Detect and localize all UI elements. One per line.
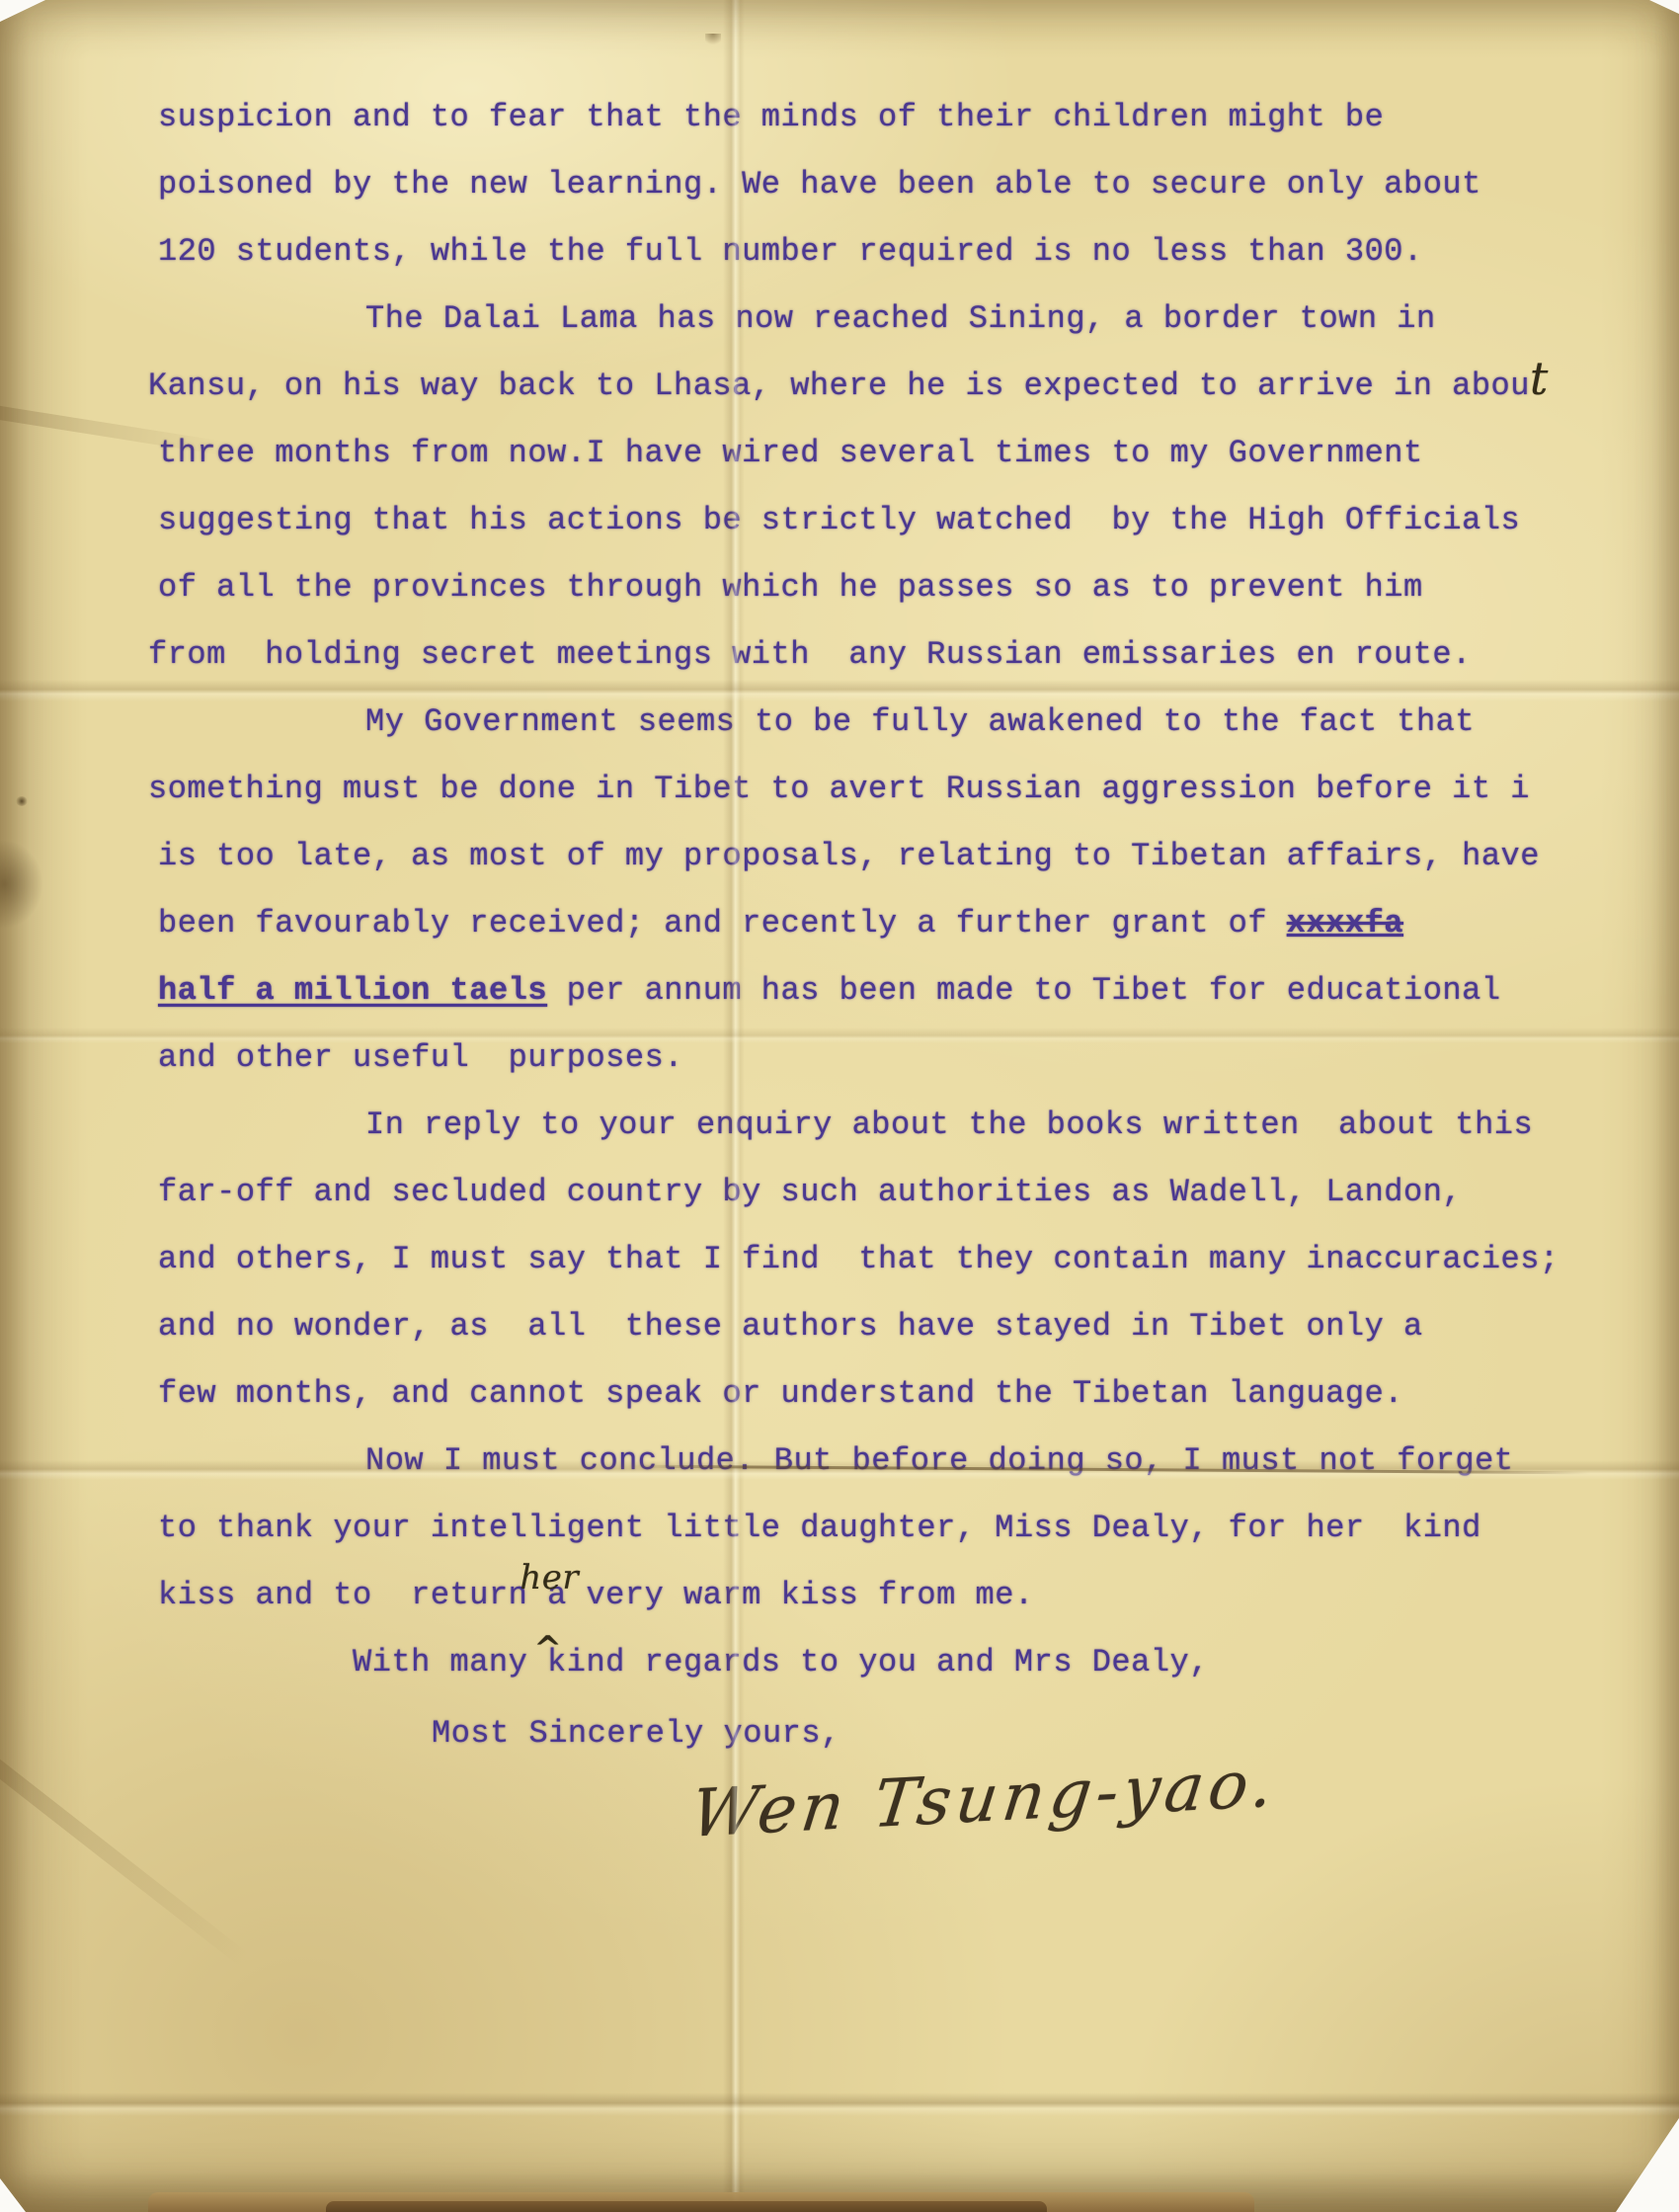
emphasized-phrase: half a million taels [158, 972, 547, 1009]
scan-corner [1649, 0, 1679, 14]
letter-line: Now I must conclude. But before doing so… [365, 1442, 1513, 1479]
typed-text: per annum has been made to Tibet for edu… [547, 972, 1500, 1009]
scan-corner [0, 2178, 26, 2212]
letter-line: My Government seems to be fully awakened… [365, 703, 1475, 740]
letter-line: and other useful purposes. [158, 1039, 683, 1076]
signature: Wen Tsung-yao. [687, 1745, 1283, 1852]
letter-line: suspicion and to fear that the minds of … [158, 99, 1384, 135]
letter-line: suggesting that his actions be strictly … [158, 502, 1520, 538]
letter-line: 120 students, while the full number requ… [158, 233, 1423, 270]
struck-word: xxxxfa [1287, 905, 1403, 942]
letter-line: poisoned by the new learning. We have be… [158, 166, 1481, 203]
scan-corner [1616, 2118, 1679, 2212]
handwritten-t: t [1530, 352, 1549, 405]
letter-line: and others, I must say that I find that … [158, 1241, 1559, 1277]
letter-line: kiss and to returnher^ a very warm kiss … [158, 1577, 1034, 1613]
paper-speck [16, 796, 28, 806]
letter-page: suspicion and to fear that the minds of … [0, 0, 1679, 2212]
letter-line: of all the provinces through which he pa… [158, 569, 1423, 606]
typed-text: been favourably received; and recently a… [158, 905, 1287, 942]
letter-line: far-off and secluded country by such aut… [158, 1174, 1462, 1210]
letter-line: few months, and cannot speak or understa… [158, 1375, 1403, 1412]
letter-line: and no wonder, as all these authors have… [158, 1308, 1423, 1345]
scan-corner [0, 0, 45, 22]
letter-line: something must be done in Tibet to avert… [148, 771, 1530, 807]
letter-line: half a million taels per annum has been … [158, 972, 1501, 1009]
letter-line: to thank your intelligent little daughte… [158, 1510, 1481, 1546]
letter-line: In reply to your enquiry about the books… [365, 1106, 1533, 1143]
horizontal-fold-crease [0, 680, 1679, 701]
bottom-edge-stain [326, 2201, 1047, 2212]
typed-text: a very warm kiss from me. [527, 1577, 1033, 1613]
letter-line: been favourably received; and recently a… [158, 905, 1403, 942]
closing-regards: With many kind regards to you and Mrs De… [353, 1644, 1209, 1680]
inserted-word: her [520, 1558, 579, 1598]
closing-valediction: Most Sincerely yours, [432, 1715, 840, 1752]
typed-text: Kansu, on his way back to Lhasa, where h… [148, 368, 1530, 404]
letter-line: Kansu, on his way back to Lhasa, where h… [148, 368, 1548, 404]
letter-line: three months from now.I have wired sever… [158, 435, 1423, 471]
diagonal-crease [0, 1751, 316, 2018]
horizontal-fold-crease [0, 2092, 1679, 2116]
letter-line: is too late, as most of my proposals, re… [158, 838, 1540, 874]
edge-smudge [0, 840, 43, 929]
typed-text: kiss and to return [158, 1577, 527, 1613]
top-edge-tear [705, 34, 721, 47]
letter-line: from holding secret meetings with any Ru… [148, 636, 1472, 673]
letter-line: The Dalai Lama has now reached Sining, a… [365, 300, 1436, 337]
